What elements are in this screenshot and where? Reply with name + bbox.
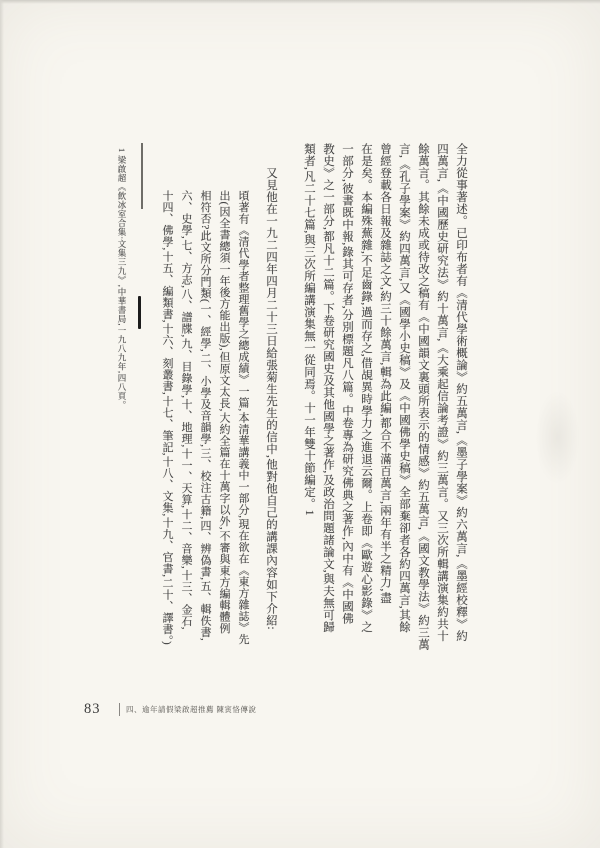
- text-column: 頃著有《清代學者整理舊學之總成績》一篇,本清華講義中一部分,現在欲在《東方雜誌》…: [233, 190, 252, 664]
- page-number: 83: [84, 701, 101, 718]
- ink-artifact-mark: [138, 296, 141, 329]
- text-column: 教史》之一部分,都凡十二篇。下卷研究國史及其他國學之著作,及政治問題諸論文,與夫…: [318, 143, 337, 665]
- text-column: 十四、佛學,十五、編類書,十六、刻叢書,十七、筆記,十八、文集,十九、官書,二十…: [157, 190, 176, 664]
- footnote: 1 梁啟超《飲冰室合集·文集三九》,中華書局,一九八九年,四八頁。: [115, 148, 128, 493]
- text-column: 六、史學,七、方志,八、譜牒,九、目錄學,十、地理,十一、天算,十二、音樂,十三…: [176, 190, 195, 664]
- footnote-text: 1 梁啟超《飲冰室合集·文集三九》,中華書局,一九八九年,四八頁。: [115, 148, 128, 493]
- quote-block-liang-preface: 全力從事著述。已印布者有《清代學術概論》約五萬言,《墨子學案》約六萬言,《墨經校…: [299, 143, 470, 665]
- scan-edge-shadow-top: [0, 0, 600, 4]
- text-column: 餘萬言。其餘未成或待改之稿有《中國韻文裏頭所表示的情感》約五萬言,《國文教學法》…: [413, 143, 432, 665]
- text-column: 出(因全書總須一年後方能出版),但原文太長,大約全篇在十萬字以外,不審與東方編輯…: [214, 190, 233, 664]
- text-column: 相符否?此文所分門類(一、經學,二、小學及音韻學,三、校注古籍,四、辨偽書,五、…: [195, 190, 214, 664]
- paragraph-intro-letter: 又見他在一九二四年四月二十三日給張菊生先生的信中,他對他自己的講課內容如下介紹:: [261, 167, 280, 662]
- scan-smudge: [535, 390, 580, 485]
- page-footer: 83 四、逾年請假梁啟超推薦 陳寅恪傳說: [84, 699, 256, 719]
- book-page: 全力從事著述。已印布者有《清代學術概論》約五萬言,《墨子學案》約六萬言,《墨經校…: [0, 0, 600, 848]
- text-column: 曾經登載各日報及雜誌之文,約三十餘萬言,輯為此編,都合不滿百萬言,兩年有半之精力…: [375, 143, 394, 665]
- text-column: 四萬言,《中國歷史研究法》約十萬言,《大乘起信論考證》約三萬言。又三次所輯講演集…: [432, 143, 451, 665]
- text-column: 類者,凡二十七篇,與三次所編講演集無一從同焉。十一年雙十節編定。1: [299, 143, 318, 665]
- paragraph-text: 又見他在一九二四年四月二十三日給張菊生先生的信中,他對他自己的講課內容如下介紹:: [261, 167, 280, 662]
- text-column: 在是矣。本編殊蕪雜,不足齒錄,過而存之,借覘異時學力之進退云爾。上卷即《歐遊心影…: [356, 143, 375, 665]
- text-column: 一部分,彼書既中報,錄其可存者,分別標題凡八篇。中卷專為研究佛典之著作,內中有《…: [337, 143, 356, 665]
- running-chapter-title: 四、逾年請假梁啟超推薦 陳寅恪傳說: [126, 704, 256, 715]
- text-column: 言,《孔子學案》約四萬言,又《國學小史稿》及《中國佛學史稿》全部棄卻者各約四萬言…: [394, 143, 413, 665]
- footer-divider: [119, 703, 121, 716]
- quote-block-letter-to-zhang: 頃著有《清代學者整理舊學之總成績》一篇,本清華講義中一部分,現在欲在《東方雜誌》…: [157, 190, 252, 664]
- text-column: 全力從事著述。已印布者有《清代學術概論》約五萬言,《墨子學案》約六萬言,《墨經校…: [451, 143, 470, 665]
- footnote-separator-rule: [141, 143, 143, 209]
- scan-edge-shadow-left: [0, 0, 4, 848]
